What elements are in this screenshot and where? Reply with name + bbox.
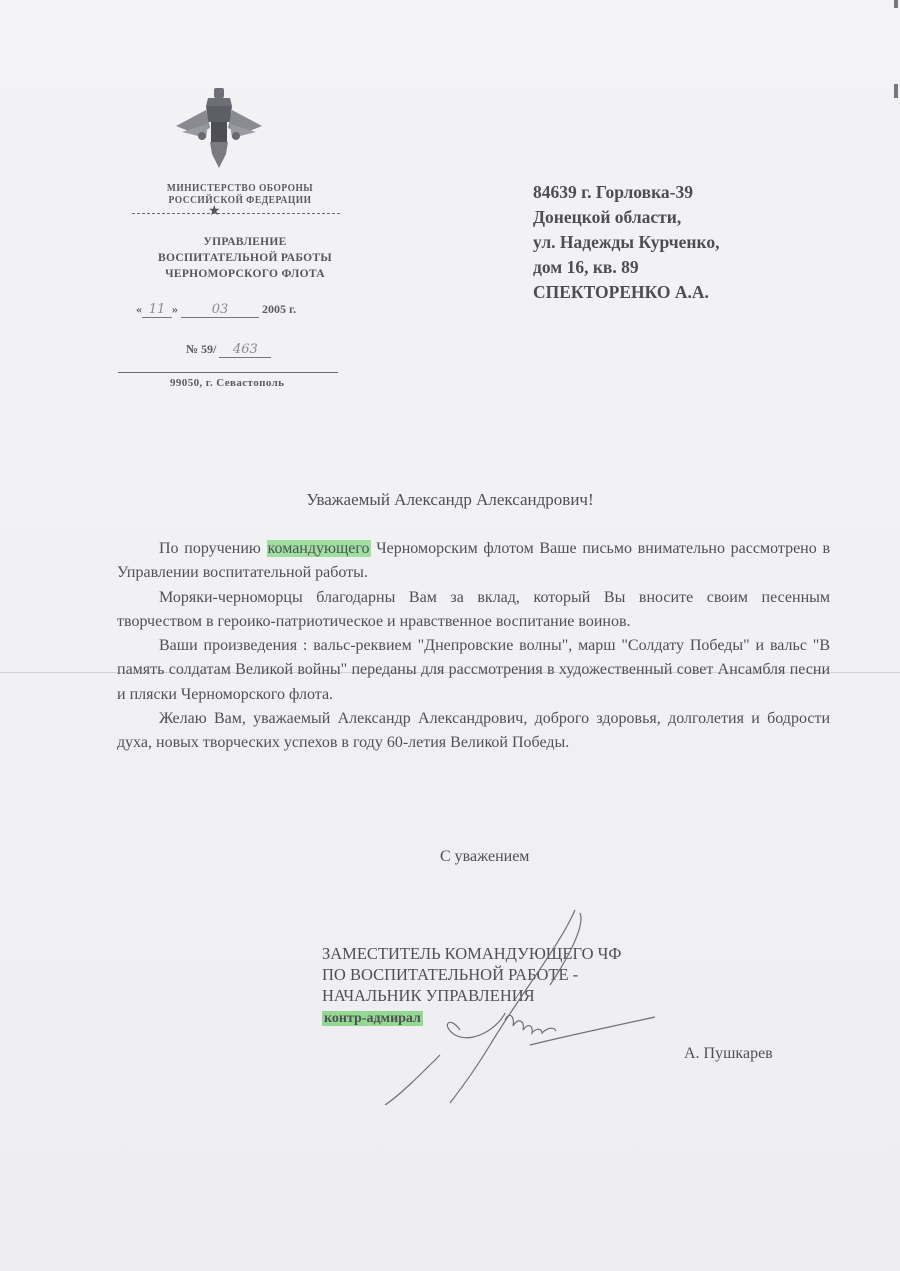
signatory-name: А. Пушкарев: [684, 1045, 773, 1063]
addressee-name: СПЕКТОРЕНКО А.А.: [533, 280, 719, 305]
letterhead-rule: [118, 372, 338, 373]
address-line: ул. Надежды Курченко,: [533, 230, 719, 255]
edge-mark: [894, 84, 898, 98]
title-line: ПО ВОСПИТАТЕЛЬНОЙ РАБОТЕ -: [322, 964, 621, 985]
letterhead-divider: [132, 213, 340, 214]
department-line: УПРАВЛЕНИЕ: [110, 234, 380, 250]
signatory-title: ЗАМЕСТИТЕЛЬ КОМАНДУЮЩЕГО ЧФ ПО ВОСПИТАТЕ…: [322, 943, 621, 1029]
number-handwritten: 463: [219, 342, 271, 358]
text: По поручению: [159, 540, 267, 557]
highlighted-word: командующего: [267, 540, 371, 557]
double-headed-eagle-icon: [176, 88, 262, 170]
sender-city: 99050, г. Севастополь: [170, 377, 284, 389]
edge-mark: [894, 0, 898, 8]
addressee-block: 84639 г. Горловка-39 Донецкой области, у…: [533, 180, 719, 305]
paragraph: Желаю Вам, уважаемый Александр Александр…: [117, 707, 830, 756]
letter-body: По поручению командующего Черноморским ф…: [117, 537, 830, 756]
department-line: ЧЕРНОМОРСКОГО ФЛОТА: [110, 266, 380, 282]
date-month: 03: [181, 302, 259, 318]
letter-page: МИНИСТЕРСТВО ОБОРОНЫ РОССИЙСКОЙ ФЕДЕРАЦИ…: [0, 0, 900, 1271]
address-line: Донецкой области,: [533, 205, 719, 230]
department-name: УПРАВЛЕНИЕ ВОСПИТАТЕЛЬНОЙ РАБОТЫ ЧЕРНОМО…: [110, 234, 380, 282]
paragraph: По поручению командующего Черноморским ф…: [117, 537, 830, 586]
date-year: 2005 г.: [262, 302, 296, 316]
date-day: 11: [142, 302, 172, 318]
number-prefix: № 59/: [186, 342, 216, 356]
paragraph: Моряки-черноморцы благодарны Вам за вкла…: [117, 586, 830, 635]
document-date: «11» 03 2005 г.: [136, 302, 376, 318]
ministry-line: РОССИЙСКОЙ ФЕДЕРАЦИИ: [126, 195, 354, 207]
closing: С уважением: [440, 848, 529, 866]
department-line: ВОСПИТАТЕЛЬНОЙ РАБОТЫ: [110, 250, 380, 266]
signatory-rank: контр-адмирал: [322, 1011, 423, 1026]
paragraph: Ваши произведения : вальс-реквием "Днепр…: [117, 634, 830, 707]
ministry-line: МИНИСТЕРСТВО ОБОРОНЫ: [126, 183, 354, 195]
title-line: НАЧАЛЬНИК УПРАВЛЕНИЯ: [322, 985, 621, 1006]
document-number: № 59/ 463: [186, 342, 271, 358]
address-line: 84639 г. Горловка-39: [533, 180, 719, 205]
ministry-name: МИНИСТЕРСТВО ОБОРОНЫ РОССИЙСКОЙ ФЕДЕРАЦИ…: [126, 183, 354, 207]
star-icon: ★: [208, 203, 221, 220]
title-line: ЗАМЕСТИТЕЛЬ КОМАНДУЮЩЕГО ЧФ: [322, 943, 621, 964]
salutation: Уважаемый Александр Александрович!: [0, 490, 900, 510]
address-line: дом 16, кв. 89: [533, 255, 719, 280]
